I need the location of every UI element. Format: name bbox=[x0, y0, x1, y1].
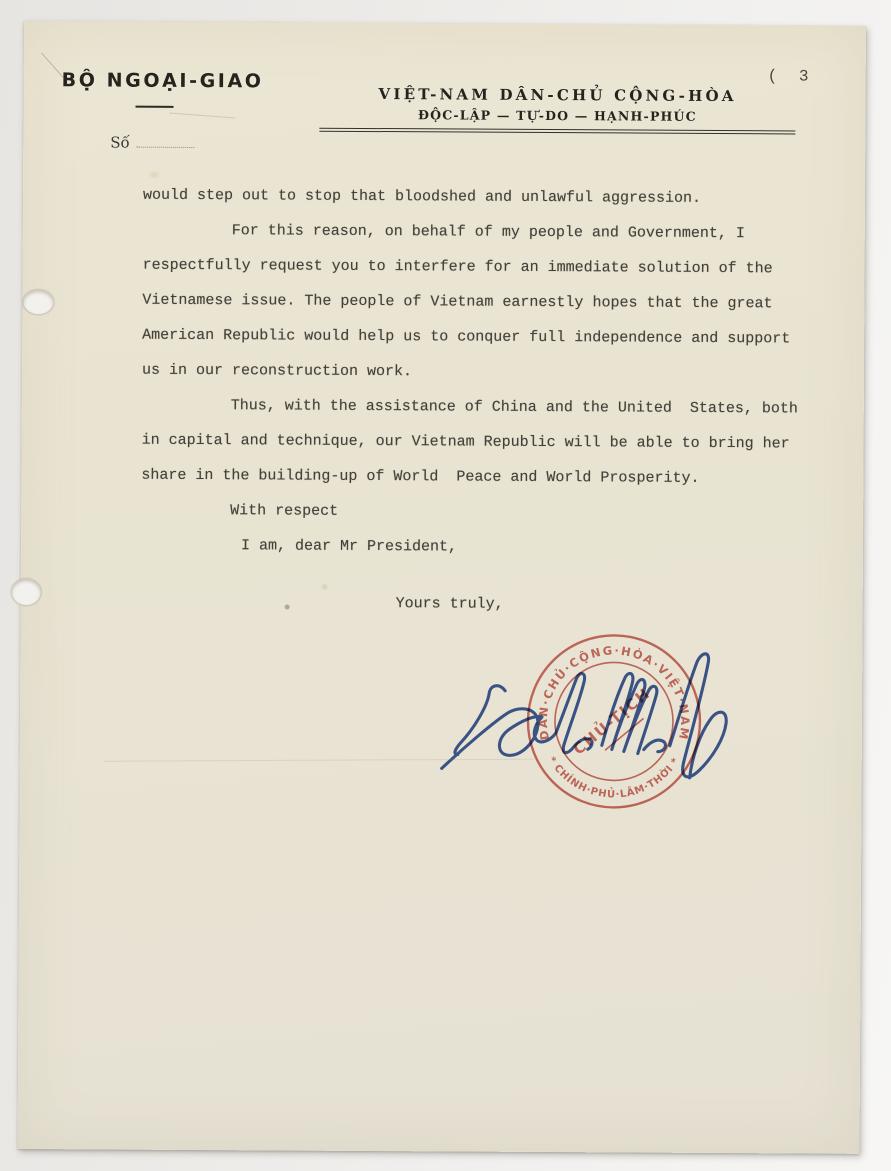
scan-background: { "scan": { "page_marker": "( 3" }, "let… bbox=[0, 0, 891, 1171]
ministry-name: BỘ NGOẠI-GIAO bbox=[62, 69, 264, 92]
foxing-stain bbox=[321, 583, 329, 591]
letter-page: BỘ NGOẠI-GIAO Số VIỆT-NAM DÂN-CHỦ CỘNG-H… bbox=[18, 21, 866, 1154]
ink-speck bbox=[285, 605, 290, 610]
typed-line: Thus, with the assistance of China and t… bbox=[142, 388, 832, 427]
national-title: VIỆT-NAM DÂN-CHỦ CỘNG-HÒA bbox=[320, 85, 796, 106]
typed-lines: would step out to stop that bloodshed an… bbox=[141, 178, 834, 624]
number-label: Số bbox=[110, 133, 130, 151]
letterhead-rule bbox=[319, 128, 795, 135]
national-letterhead: VIỆT-NAM DÂN-CHỦ CỘNG-HÒA ĐỘC-LẬP — TỰ-D… bbox=[319, 85, 795, 135]
national-motto: ĐỘC-LẬP — TỰ-DO — HẠNH-PHÚC bbox=[319, 107, 795, 125]
typed-line: in capital and technique, our Vietnam Re… bbox=[141, 423, 831, 462]
ministry-rule bbox=[136, 106, 174, 108]
document-number-row: Số bbox=[110, 133, 195, 151]
typed-line: respectfully request you to interfere fo… bbox=[142, 248, 832, 287]
foxing-stain bbox=[147, 170, 161, 180]
pencil-scratch bbox=[41, 53, 64, 79]
typed-line: would step out to stop that bloodshed an… bbox=[143, 178, 833, 217]
page-number-annotation: ( 3 bbox=[768, 67, 815, 85]
ho-chi-minh-signature bbox=[438, 639, 739, 801]
typed-line: us in our reconstruction work. bbox=[142, 353, 832, 392]
typed-line: Yours truly, bbox=[141, 585, 831, 624]
typed-line: Vietnamese issue. The people of Vietnam … bbox=[142, 283, 832, 322]
number-dotted-line bbox=[137, 134, 195, 148]
typed-line: For this reason, on behalf of my people … bbox=[143, 213, 833, 252]
faint-scratch bbox=[170, 113, 236, 119]
typed-line: I am, dear Mr President, bbox=[141, 528, 831, 567]
punch-hole-top bbox=[23, 290, 53, 314]
typed-line: American Republic would help us to conqu… bbox=[142, 318, 832, 357]
typed-line: With respect bbox=[141, 493, 831, 532]
typed-line: share in the building-up of World Peace … bbox=[141, 458, 831, 497]
punch-hole-bottom bbox=[12, 579, 41, 605]
